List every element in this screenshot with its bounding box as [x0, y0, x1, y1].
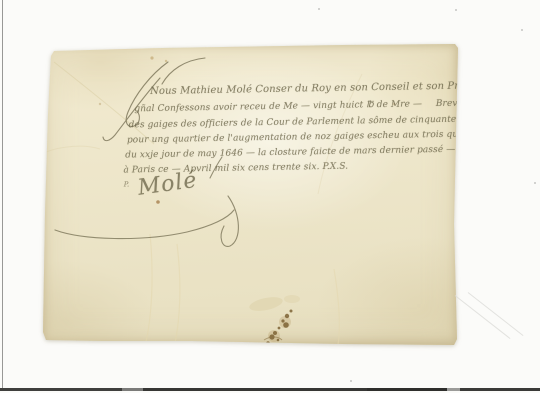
- scanner-bar-segment: [367, 388, 447, 391]
- dust-speck: [318, 8, 320, 10]
- scanner-edge-line: [2, 0, 3, 390]
- scanner-bar-segment: [447, 388, 460, 391]
- manuscript-line: du xxje jour de may 1646 — la closture f…: [125, 144, 473, 161]
- scanner-bar-segment: [143, 388, 367, 391]
- parchment-sheet: Nous Mathieu Molé Conser du Roy en son C…: [42, 44, 458, 345]
- scan-streak: [455, 295, 511, 339]
- scan-streak: [468, 292, 524, 336]
- manuscript-line: Nous Mathieu Molé Conser du Roy en son C…: [150, 80, 513, 97]
- scanner-bar-segment: [460, 388, 540, 391]
- signature-paraph: P.: [124, 180, 130, 188]
- manuscript-line: des gaiges des officiers de la Cour de P…: [129, 114, 494, 131]
- dust-speck: [455, 9, 457, 11]
- scanner-bar-segment: [122, 388, 143, 391]
- dust-speck: [350, 380, 352, 382]
- scanner-bar-segment: [0, 388, 122, 391]
- dust-speck: [534, 182, 536, 184]
- manuscript-text: Nous Mathieu Molé Conser du Roy en son C…: [41, 39, 462, 347]
- manuscript-line: gñal Confessons avoir receu de Me — ving…: [134, 97, 540, 115]
- scanned-manuscript-image: Nous Mathieu Molé Conser du Roy en son C…: [0, 0, 540, 393]
- dust-speck: [521, 29, 523, 31]
- parchment: Nous Mathieu Molé Conser du Roy en son C…: [42, 44, 458, 345]
